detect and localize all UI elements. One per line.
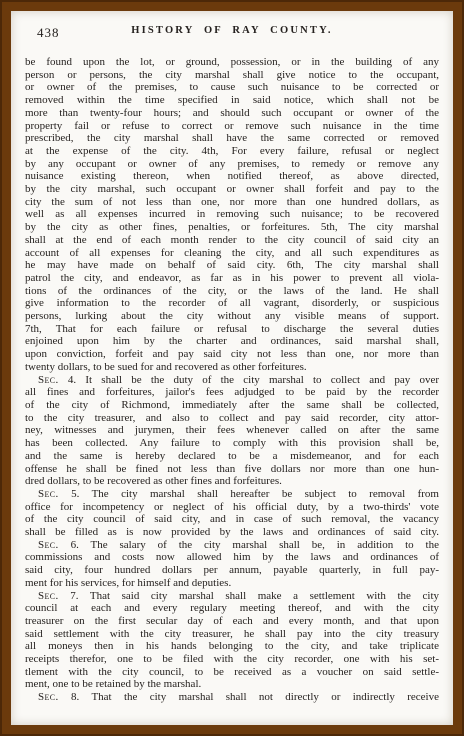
paragraph: Sec. 4. It shall be the duty of the city… — [25, 374, 439, 488]
text-line: city the sum of not less than one, nor m… — [25, 196, 439, 209]
text-line: office for incompetency or neglect of hi… — [25, 501, 439, 514]
text-line: upon conviction, forfeit and pay said ci… — [25, 348, 439, 361]
text-line: offense he shall be fined not less than … — [25, 463, 439, 476]
text-line: said city, four hundred dollars per annu… — [25, 564, 439, 577]
page-frame: 438 HISTORY OF RAY COUNTY. be found upon… — [0, 0, 464, 736]
section-label: Sec. — [38, 590, 59, 602]
page-number: 438 — [37, 25, 60, 41]
text-line: Sec. 7. That said city marshal shall mak… — [25, 590, 439, 603]
text-line: commissions and costs now allowed him by… — [25, 551, 439, 564]
text-line: Sec. 4. It shall be the duty of the city… — [25, 374, 439, 387]
text-line: enjoined upon him by the charter and ord… — [25, 335, 439, 348]
text-line: he may have made on behalf of said city.… — [25, 259, 439, 272]
text-line: nuisance existing thereon, when notified… — [25, 170, 439, 183]
text-line: council at each and every regulary meeti… — [25, 602, 439, 615]
text-line: by the city marshal, such occupant or ow… — [25, 183, 439, 196]
text-line: well as all expenses incurred in removin… — [25, 208, 439, 221]
text-line: of the city of Richmond, immediately aft… — [25, 399, 439, 412]
text-line: ney, witnesses and jurymen, their fees w… — [25, 424, 439, 437]
paragraph: Sec. 8. That the city marshal shall not … — [25, 691, 439, 704]
text-line: prescribed, the city marshal shall have … — [25, 132, 439, 145]
text-line: at the expense of the city. 4th, For eve… — [25, 145, 439, 158]
text-line: persons, lurking about the city without … — [25, 310, 439, 323]
text-line: and the same is hereby declared to be a … — [25, 450, 439, 463]
text-line: ment, one to be retained by the marshal. — [25, 678, 439, 691]
text-line: tlement with the city council, to be rec… — [25, 666, 439, 679]
text-line: tions of the ordinances of the city, or … — [25, 285, 439, 298]
section-label: Sec. — [38, 691, 59, 703]
text-line: shall at the end of each month render to… — [25, 234, 439, 247]
text-line: ment for his services, for himself and d… — [25, 577, 439, 590]
page-header: 438 HISTORY OF RAY COUNTY. — [25, 25, 439, 41]
page-title: HISTORY OF RAY COUNTY. — [25, 25, 439, 36]
text-line: give information to the recorder of all … — [25, 297, 439, 310]
text-line: person or persons, the city marshal shal… — [25, 69, 439, 82]
text-line: account of all expenses for cleaning the… — [25, 247, 439, 260]
text-line: Sec. 6. The salary of the city marshal s… — [25, 539, 439, 552]
text-line: by any occupant or owner of any premises… — [25, 158, 439, 171]
text-line: to the city treasurer, and also to colle… — [25, 412, 439, 425]
paragraph: Sec. 6. The salary of the city marshal s… — [25, 539, 439, 590]
text-line: 7th, That for each failure or refusal to… — [25, 323, 439, 336]
text-line: patrol the city, and endeavor, as far as… — [25, 272, 439, 285]
section-label: Sec. — [38, 539, 59, 551]
section-label: Sec. — [38, 374, 59, 386]
paragraph: Sec. 7. That said city marshal shall mak… — [25, 590, 439, 692]
paragraph: be found upon the lot, or ground, posses… — [25, 56, 439, 374]
text-line: all moneys then in his hands belonging t… — [25, 640, 439, 653]
text-line: has been collected. Any failure to compl… — [25, 437, 439, 450]
text-line: dred dollars, to be recovered as other f… — [25, 475, 439, 488]
page-text: be found upon the lot, or ground, posses… — [25, 56, 439, 704]
text-line: be found upon the lot, or ground, posses… — [25, 56, 439, 69]
text-line: or owner of the premises, to cause such … — [25, 81, 439, 94]
text-line: said settlement with the city treasurer,… — [25, 628, 439, 641]
paragraph: Sec. 5. The city marshal shall hereafter… — [25, 488, 439, 539]
text-line: more than twenty-four hours; and should … — [25, 107, 439, 120]
text-line: Sec. 5. The city marshal shall hereafter… — [25, 488, 439, 501]
text-line: Sec. 8. That the city marshal shall not … — [25, 691, 439, 704]
text-line: treasurer on the first secular day of ea… — [25, 615, 439, 628]
text-line: twenty dollars, to be sued for and recov… — [25, 361, 439, 374]
section-label: Sec. — [38, 488, 59, 500]
text-line: shall be filled as is now provided by th… — [25, 526, 439, 539]
text-line: receipts therefor, one to be filed with … — [25, 653, 439, 666]
text-line: by the city as other fines, penalties, o… — [25, 221, 439, 234]
text-line: property fail or refuse to correct or re… — [25, 120, 439, 133]
text-line: all fines and forfeitures, jailor's fees… — [25, 386, 439, 399]
text-line: of the city council of said city, and in… — [25, 513, 439, 526]
text-line: removed within the time specified in sai… — [25, 94, 439, 107]
book-page: 438 HISTORY OF RAY COUNTY. be found upon… — [11, 11, 453, 725]
